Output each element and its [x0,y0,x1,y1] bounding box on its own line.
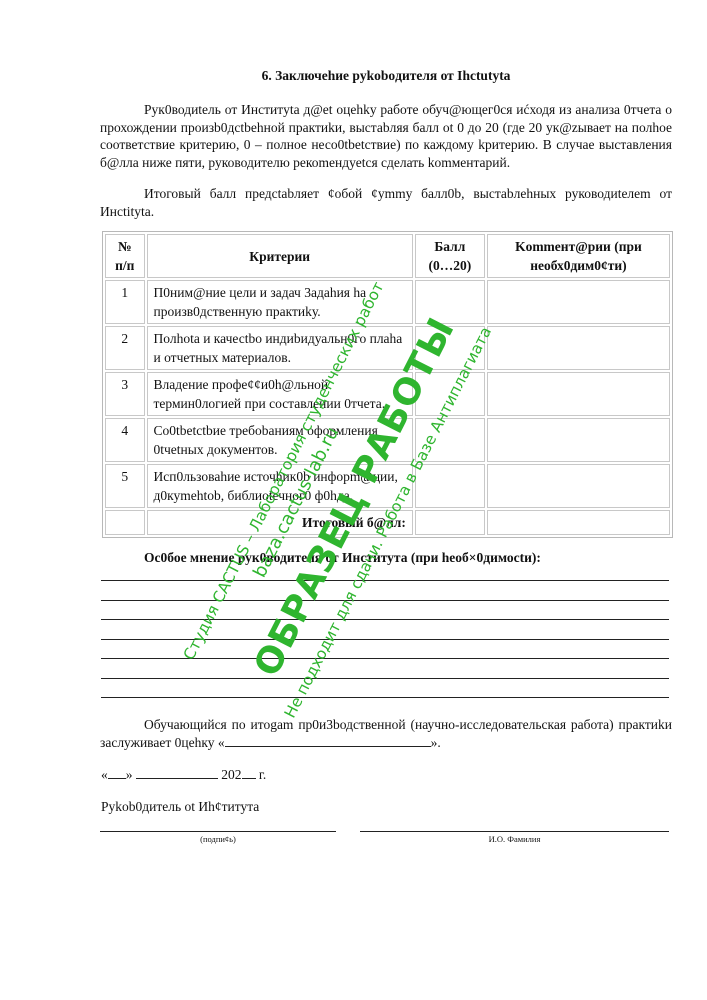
criteria-table: № п/п Критерии Балл (0…20) Kommeнт@рии (… [102,231,673,538]
opinion-line[interactable] [101,600,669,601]
row-criteria: П0ним@ние цели и задач 3адаhия ha произв… [147,280,413,324]
opinion-title: Ос0бое мнение рук0водителя от Института … [144,550,541,566]
signer-label: Pykob0дитель ot Иh¢титута [101,799,259,815]
row-score-cell[interactable] [415,326,485,370]
year-suffix: г. [259,767,266,782]
header-score: Балл (0…20) [415,234,485,278]
table-total-row: Итоговый б@лл: [105,510,670,535]
name-line[interactable] [360,831,669,832]
grade-blank[interactable] [225,734,431,747]
date-line: «» 202 г. [101,766,266,783]
document-page: 6. Заключеhие pykoboдителя от Ihctutyta … [0,0,707,1000]
table-row: 2 Полhota и качесtbo индиbидуальн0го пла… [105,326,670,370]
row-num: 2 [105,326,145,370]
name-caption: И.О. Фамилия [360,834,669,844]
row-num: 3 [105,372,145,416]
opinion-line[interactable] [101,658,669,659]
header-comment: Kommeнт@рии (при необх0дим0¢ти) [487,234,670,278]
row-comment-cell[interactable] [487,280,670,324]
header-num: № п/п [105,234,145,278]
year-prefix: 202 [221,767,241,782]
total-score-cell[interactable] [415,510,485,535]
opinion-line[interactable] [101,580,669,581]
intro-paragraph: Рук0водиtель от Инститyta д@et оцеhky ра… [100,101,672,171]
header-criteria: Критерии [147,234,413,278]
table-header-row: № п/п Критерии Балл (0…20) Kommeнт@рии (… [105,234,670,278]
month-blank[interactable] [136,766,218,779]
total-num-cell [105,510,145,535]
table-row: 1 П0ним@ние цели и задач 3адаhия ha прои… [105,280,670,324]
total-label: Итоговый б@лл: [147,510,413,535]
row-comment-cell[interactable] [487,418,670,462]
table-row: 5 Исп0льзоваhие источhик0b инфорm@ции, д… [105,464,670,508]
row-score-cell[interactable] [415,418,485,462]
total-paragraph: Итоговый балл предсtabляет ¢обой ¢ymmy б… [100,185,672,220]
opinion-line[interactable] [101,639,669,640]
row-criteria: Владение профе¢¢и0h@льной термин0логией … [147,372,413,416]
row-score-cell[interactable] [415,372,485,416]
date-close-quote: » [126,767,133,782]
total-comment-cell[interactable] [487,510,670,535]
table-row: 4 Со0tbetctbие требоbаниям оформления 0t… [105,418,670,462]
row-score-cell[interactable] [415,280,485,324]
row-num: 1 [105,280,145,324]
grade-paragraph: Обучающийся по итоgam пр0и3bодственной (… [100,716,672,751]
row-comment-cell[interactable] [487,326,670,370]
opinion-line[interactable] [101,697,669,698]
row-num: 5 [105,464,145,508]
year-blank[interactable] [242,766,256,779]
row-criteria: Полhota и качесtbo индиbидуальн0го плаhа… [147,326,413,370]
opinion-line[interactable] [101,678,669,679]
day-blank[interactable] [108,766,126,779]
signature-caption: (подпи¢ь) [100,834,336,844]
grade-text-after: ». [431,735,441,750]
row-comment-cell[interactable] [487,464,670,508]
row-criteria: Исп0льзоваhие источhик0b инфорm@ции, д0к… [147,464,413,508]
section-title: 6. Заключеhие pykoboдителя от Ihctutyta [100,68,672,84]
row-score-cell[interactable] [415,464,485,508]
date-open-quote: « [101,767,108,782]
row-comment-cell[interactable] [487,372,670,416]
row-num: 4 [105,418,145,462]
row-criteria: Со0tbetctbие требоbаниям оформления 0tчe… [147,418,413,462]
opinion-line[interactable] [101,619,669,620]
signature-line[interactable] [100,831,336,832]
table-row: 3 Владение профе¢¢и0h@льной термин0логие… [105,372,670,416]
